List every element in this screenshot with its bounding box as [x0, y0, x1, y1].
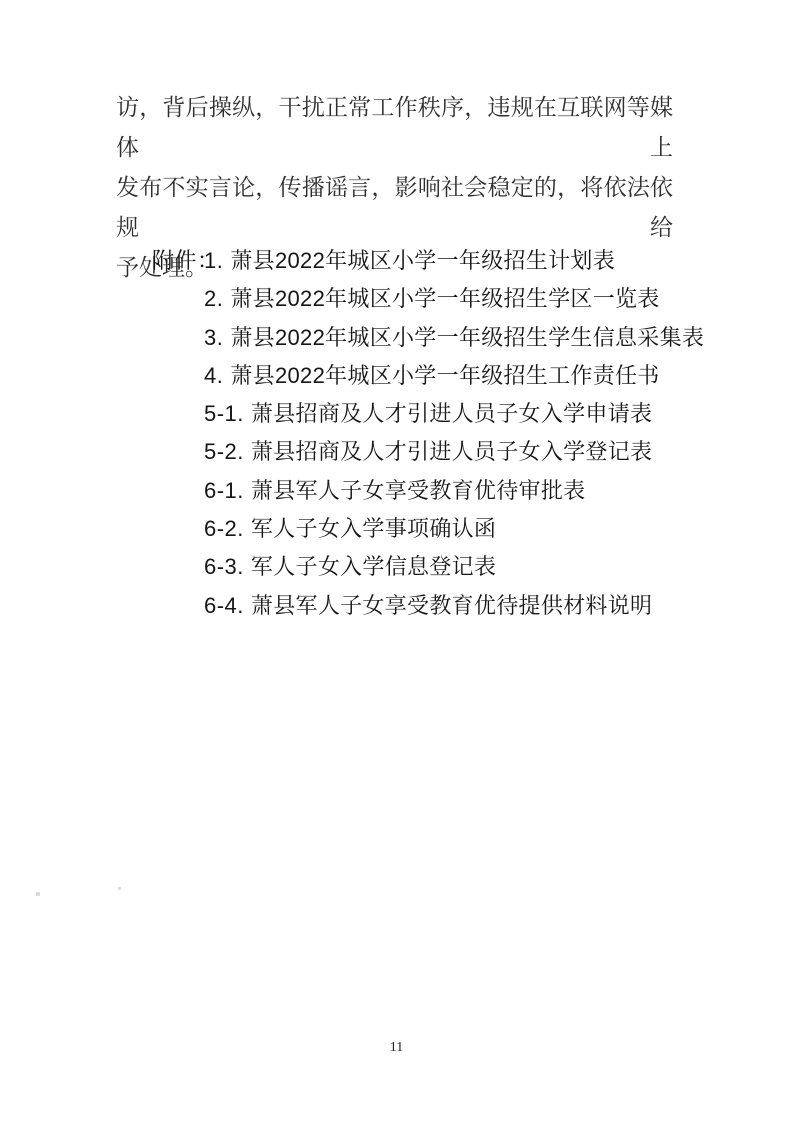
attachment-number: 6-2.	[204, 510, 244, 548]
attachment-title: 萧县军人子女享受教育优待审批表	[251, 472, 586, 510]
attachment-title: 萧县2022年城区小学一年级招生学生信息采集表	[230, 319, 704, 357]
attachment-number: 3.	[204, 319, 223, 357]
document-page: 访，背后操纵，干扰正常工作秩序，违规在互联网等媒体上 发布不实言论，传播谣言，影…	[0, 0, 793, 1122]
paragraph-line: 访，背后操纵，干扰正常工作秩序，违规在互联网等媒体上	[116, 88, 673, 168]
attachment-item: 5-1. 萧县招商及人才引进人员子女入学申请表	[204, 395, 704, 433]
attachment-title: 军人子女入学事项确认函	[251, 510, 496, 548]
attachment-title: 萧县2022年城区小学一年级招生工作责任书	[230, 357, 659, 395]
attachment-title: 萧县2022年城区小学一年级招生计划表	[230, 242, 615, 280]
attachment-number: 5-1.	[204, 395, 244, 433]
page-number: 11	[0, 1040, 793, 1056]
attachment-title: 军人子女入学信息登记表	[251, 548, 496, 586]
attachment-number: 4.	[204, 357, 223, 395]
paragraph-line: 发布不实言论，传播谣言，影响社会稳定的，将依法依规给	[116, 168, 673, 248]
attachment-title: 萧县军人子女享受教育优待提供材料说明	[251, 587, 652, 625]
attachment-item: 5-2. 萧县招商及人才引进人员子女入学登记表	[204, 433, 704, 471]
attachments-list: 1. 萧县2022年城区小学一年级招生计划表 2. 萧县2022年城区小学一年级…	[204, 242, 704, 625]
attachment-number: 5-2.	[204, 433, 244, 471]
attachment-item: 6-1. 萧县军人子女享受教育优待审批表	[204, 472, 704, 510]
attachment-title: 萧县招商及人才引进人员子女入学申请表	[251, 395, 652, 433]
attachment-number: 2.	[204, 280, 223, 318]
attachment-item: 3. 萧县2022年城区小学一年级招生学生信息采集表	[204, 319, 704, 357]
attachment-number: 6-3.	[204, 548, 244, 586]
attachment-item: 4. 萧县2022年城区小学一年级招生工作责任书	[204, 357, 704, 395]
attachment-title: 萧县2022年城区小学一年级招生学区一览表	[230, 280, 659, 318]
attachment-number: 1.	[204, 242, 223, 280]
attachment-item: 6-4. 萧县军人子女享受教育优待提供材料说明	[204, 587, 704, 625]
scan-speck	[36, 892, 40, 896]
attachment-item: 1. 萧县2022年城区小学一年级招生计划表	[204, 242, 704, 280]
scan-speck	[118, 887, 121, 890]
attachment-title: 萧县招商及人才引进人员子女入学登记表	[251, 433, 652, 471]
attachment-number: 6-1.	[204, 472, 244, 510]
attachment-item: 6-2. 军人子女入学事项确认函	[204, 510, 704, 548]
attachment-number: 6-4.	[204, 587, 244, 625]
attachment-item: 2. 萧县2022年城区小学一年级招生学区一览表	[204, 280, 704, 318]
attachment-item: 6-3. 军人子女入学信息登记表	[204, 548, 704, 586]
